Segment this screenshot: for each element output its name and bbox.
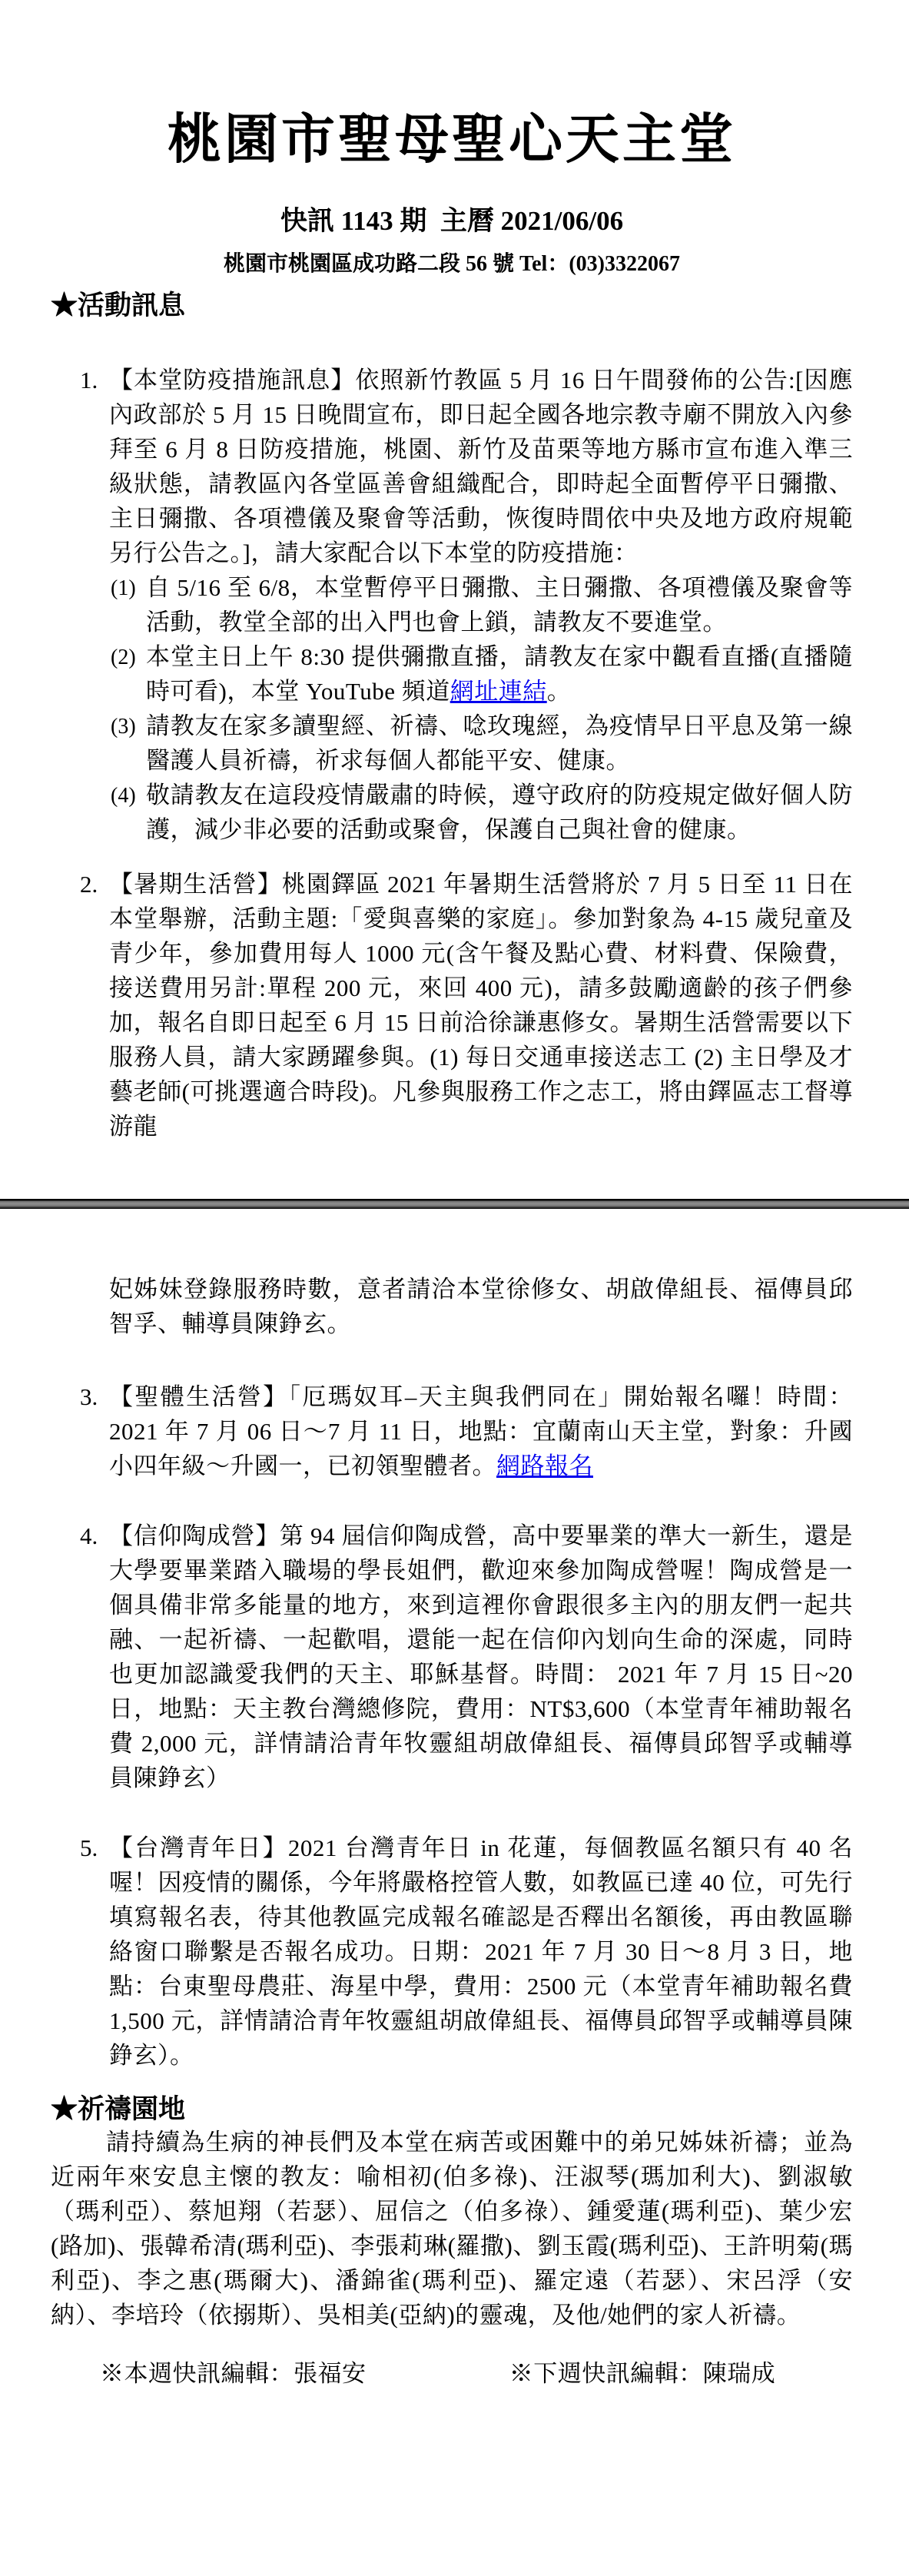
subitem-number: (1) bbox=[111, 571, 136, 606]
item-number: 4. bbox=[80, 1519, 98, 1553]
bulletin-page: 桃園市聖母聖心天主堂 快訊 1143 期 主曆 2021/06/06 桃園市桃園… bbox=[0, 0, 909, 2576]
youtube-live-link[interactable]: 網址連結 bbox=[450, 678, 547, 705]
covid-measure-1-text: 自 5/16 至 6/8，本堂暫停平日彌撒、主日彌撒、各項禮儀及聚會等活動，教堂… bbox=[146, 574, 853, 636]
section-heading-activities: ★活動訊息 bbox=[51, 290, 853, 321]
church-title: 桃園市聖母聖心天主堂 bbox=[51, 111, 853, 170]
subitem-number: (3) bbox=[111, 709, 136, 744]
item-number: 2. bbox=[80, 867, 98, 901]
editor-next-week: ※下週快訊編輯：陳瑞成 bbox=[509, 2360, 776, 2387]
activity-list: 1. 【本堂防疫措施訊息】依照新竹教區 5 月 16 日午間發佈的公告:[因應內… bbox=[51, 363, 853, 1144]
covid-measure-1: (1) 自 5/16 至 6/8，本堂暫停平日彌撒、主日彌撒、各項禮儀及聚會等活… bbox=[109, 570, 853, 639]
prayer-paragraph: 請持續為生病的神長們及本堂在病苦或困難中的弟兄姊妹祈禱；並為近兩年來安息主懷的教… bbox=[51, 2125, 853, 2332]
activity-item-3-text: 【聖體生活營】「厄瑪奴耳–天主與我們同在」開始報名囉！時間：2021 年 7 月… bbox=[109, 1383, 853, 1479]
item-number: 1. bbox=[80, 363, 98, 397]
covid-measure-2: (2) 本堂主日上午 8:30 提供彌撒直播，請教友在家中觀看直播(直播隨時可看… bbox=[109, 639, 853, 709]
subitem-number: (4) bbox=[111, 778, 136, 813]
covid-measure-3-text: 請教友在家多讀聖經、祈禱、唸玫瑰經，為疫情早日平息及第一線醫護人員祈禱，祈求每個… bbox=[146, 712, 853, 774]
activity-item-4: 4. 【信仰陶成營】第 94 屆信仰陶成營，高中要畢業的準大一新生，還是大學要畢… bbox=[51, 1519, 853, 1795]
subitem-number: (2) bbox=[111, 640, 136, 675]
activity-item-3: 3. 【聖體生活營】「厄瑪奴耳–天主與我們同在」開始報名囉！時間：2021 年 … bbox=[51, 1379, 853, 1483]
online-registration-link[interactable]: 網路報名 bbox=[496, 1452, 593, 1479]
activity-item-1-text: 【本堂防疫措施訊息】依照新竹教區 5 月 16 日午間發佈的公告:[因應內政部於… bbox=[109, 367, 853, 566]
item2-continuation: 妃姊妹登錄服務時數，意者請洽本堂徐修女、胡啟偉組長、福傳員邱智孚、輔導員陳錚玄。 bbox=[109, 1272, 853, 1341]
page-break-divider bbox=[0, 1199, 909, 1209]
activity-item-2-text: 【暑期生活營】桃園鐸區 2021 年暑期生活營將於 7 月 5 日至 11 日在… bbox=[109, 871, 853, 1140]
covid-measure-4: (4) 敬請教友在這段疫情嚴肅的時候，遵守政府的防疫規定做好個人防護，減少非必要… bbox=[109, 778, 853, 847]
covid-measure-2-text-end: 。 bbox=[547, 678, 572, 705]
activity-item-4-text: 【信仰陶成營】第 94 屆信仰陶成營，高中要畢業的準大一新生，還是大學要畢業踏入… bbox=[109, 1522, 853, 1791]
issue-line: 快訊 1143 期 主曆 2021/06/06 bbox=[51, 206, 853, 237]
item-number: 3. bbox=[80, 1379, 98, 1414]
activity-item-5: 5. 【台灣青年日】2021 台灣青年日 in 花蓮，每個教區名額只有 40 名… bbox=[51, 1831, 853, 2073]
item-number: 5. bbox=[80, 1831, 98, 1865]
covid-measure-4-text: 敬請教友在這段疫情嚴肅的時候，遵守政府的防疫規定做好個人防護，減少非必要的活動或… bbox=[146, 782, 853, 843]
address-line: 桃園市桃園區成功路二段 56 號 Tel：(03)3322067 bbox=[51, 252, 853, 277]
section-heading-prayer: ★祈禱園地 bbox=[51, 2094, 853, 2125]
editor-this-week: ※本週快訊編輯：張福安 bbox=[100, 2360, 367, 2387]
covid-measure-3: (3) 請教友在家多讀聖經、祈禱、唸玫瑰經，為疫情早日平息及第一線醫護人員祈禱，… bbox=[109, 709, 853, 778]
activity-item-5-text: 【台灣青年日】2021 台灣青年日 in 花蓮，每個教區名額只有 40 名喔！因… bbox=[109, 1834, 853, 2069]
covid-measures-sublist: (1) 自 5/16 至 6/8，本堂暫停平日彌撒、主日彌撒、各項禮儀及聚會等活… bbox=[109, 570, 853, 847]
activity-item-1: 1. 【本堂防疫措施訊息】依照新竹教區 5 月 16 日午間發佈的公告:[因應內… bbox=[51, 363, 853, 847]
activity-item-2: 2. 【暑期生活營】桃園鐸區 2021 年暑期生活營將於 7 月 5 日至 11… bbox=[51, 867, 853, 1144]
editors-footer: ※本週快訊編輯：張福安 ※下週快訊編輯：陳瑞成 bbox=[51, 2356, 853, 2391]
activity-list-page2: 3. 【聖體生活營】「厄瑪奴耳–天主與我們同在」開始報名囉！時間：2021 年 … bbox=[51, 1379, 853, 2073]
